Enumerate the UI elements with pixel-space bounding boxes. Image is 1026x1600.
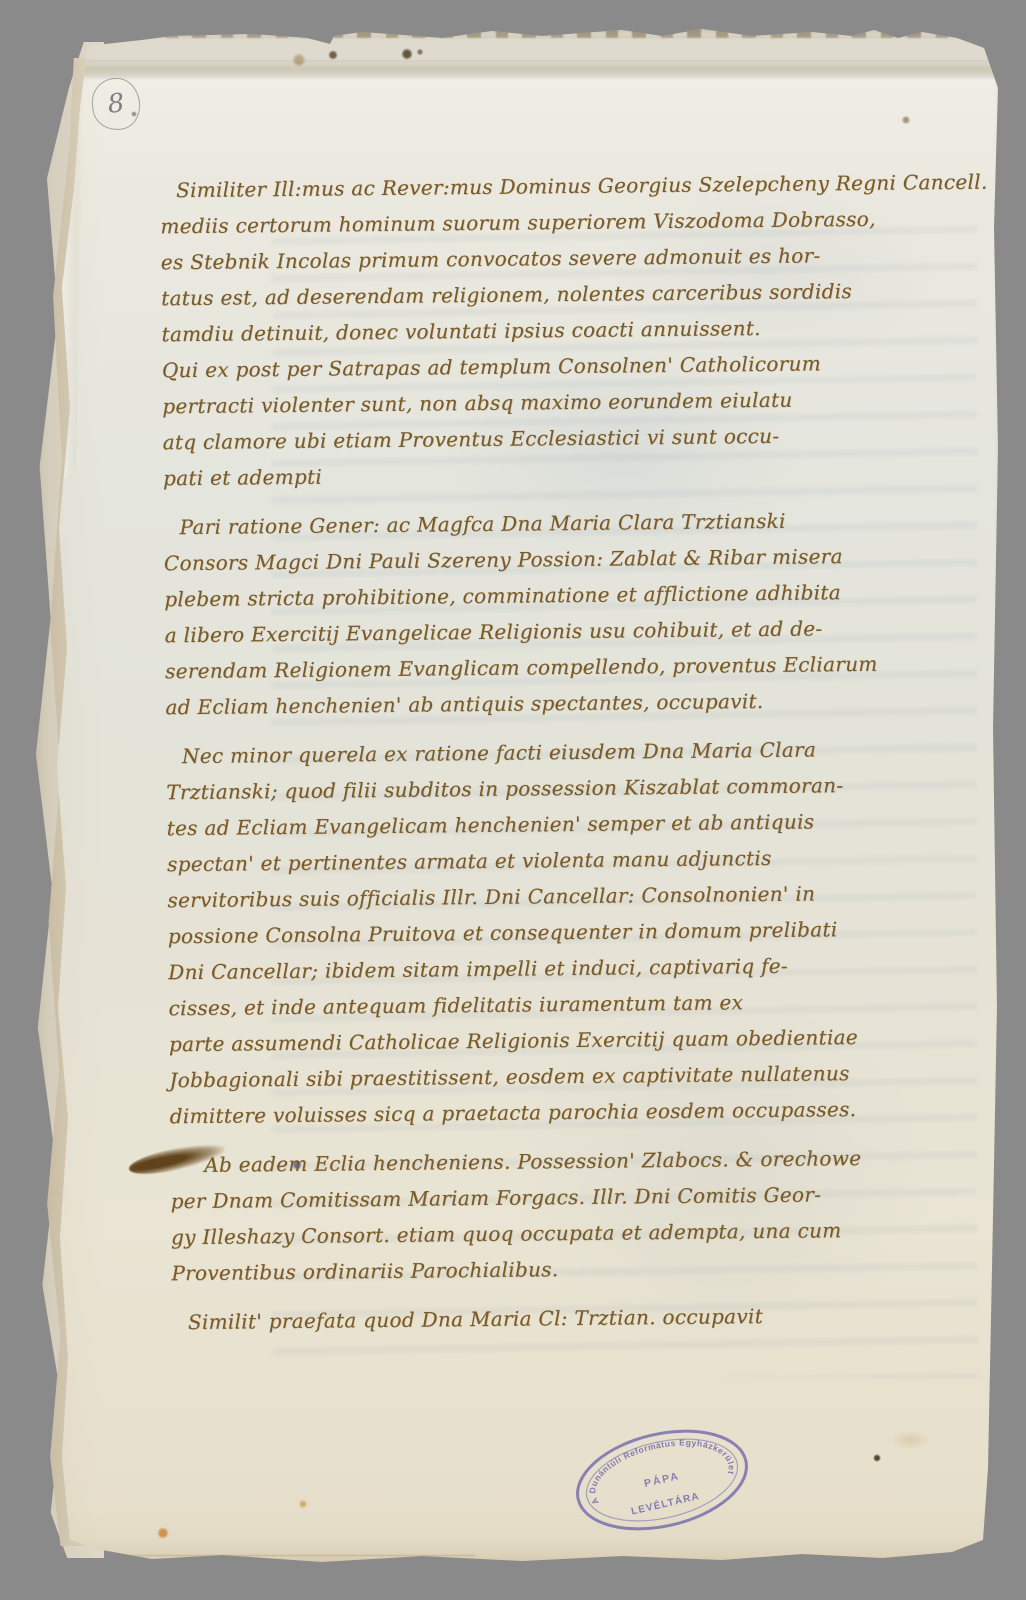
page-number: 8 [106,88,126,120]
bottom-corner-crease [54,1497,475,1556]
manuscript-scan: 8 Similiter Ill:mus ac Rever:mus Dominus… [0,0,1026,1600]
manuscript-line: ad Ecliam henchenien' ab antiquis specta… [165,681,981,726]
paragraph: Pari ratione Gener: ac Magfca Dna Maria … [163,501,981,726]
paragraph: Similit' praefata quod Dna Maria Cl: Trz… [172,1296,988,1341]
paragraph: Nec minor querela ex ratione facti eiusd… [166,730,986,1135]
manuscript-line: Proventibus ordinariis Parochialibus. [171,1247,987,1292]
stamp-bottom-text: LEVÉLTÁRA [630,1489,701,1517]
paragraph: Ab eadem Eclia hencheniens. Possession' … [170,1139,987,1292]
manuscript-line: dimittere voluisses sicq a praetacta par… [170,1090,986,1135]
manuscript-text: Similiter Ill:mus ac Rever:mus Dominus G… [160,164,988,1353]
top-edge-shading [62,36,996,62]
manuscript-line: pati et adempti [163,452,979,497]
manuscript-line: Similit' praefata quod Dna Maria Cl: Trz… [172,1296,988,1341]
stamp-center-text: PÁPA [643,1469,681,1490]
horizontal-fold-crease [52,60,998,79]
paragraph: Similiter Ill:mus ac Rever:mus Dominus G… [160,164,979,497]
